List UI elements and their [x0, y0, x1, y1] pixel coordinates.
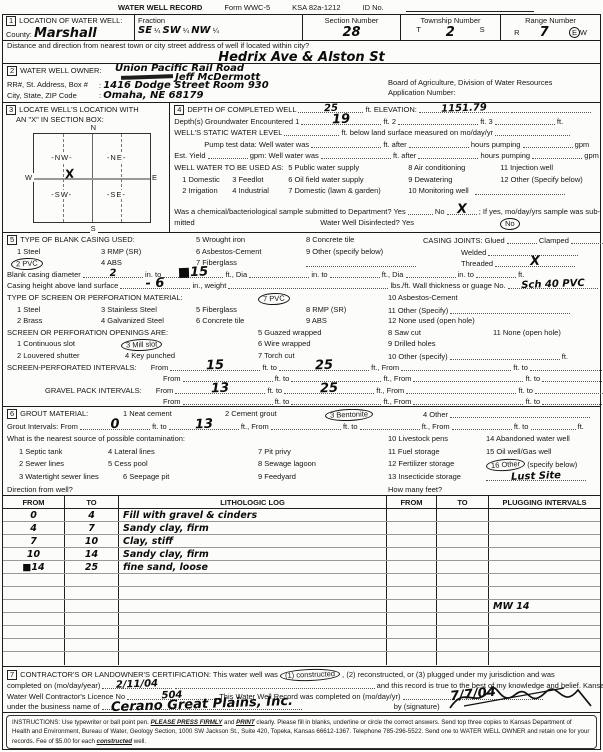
casing-joints-label: CASING JOINTS: Glued	[423, 236, 505, 245]
county-label: County:	[6, 30, 32, 39]
blank-line	[542, 396, 603, 405]
instructions-text-1: INSTRUCTIONS: Use typewriter or ball poi…	[12, 719, 151, 726]
plug-from	[387, 600, 437, 612]
use-domestic-lawn: 7 Domestic (lawn & garden)	[288, 186, 381, 195]
plug-from	[387, 652, 437, 665]
section6-grout: 6GROUT MATERIAL: 1 Neat cement 2 Cement …	[3, 407, 600, 496]
section5-number: 5	[7, 235, 17, 245]
ft-from-label: ft., From	[383, 374, 411, 383]
ksa-statute: KSA 82a-1212	[292, 3, 340, 12]
col-to-2: TO	[437, 496, 489, 508]
contam-seepage-pit: 6 Seepage pit	[123, 472, 169, 481]
blank-casing-dia-label: Blank casing diameter	[7, 270, 81, 279]
log-from: 10	[3, 548, 65, 560]
instructions-text-2: and	[222, 719, 236, 726]
blank-line	[535, 385, 603, 394]
depth-completed-label: DEPTH OF COMPLETED WELL	[187, 105, 296, 114]
swl-blank	[284, 127, 339, 136]
gpi-to-blank: 25	[284, 385, 374, 394]
log-desc: Fill with gravel & cinders	[119, 509, 387, 521]
mitted-label: mitted	[174, 218, 194, 227]
elevation-value: 1151.79	[441, 103, 487, 115]
plug-desc	[489, 613, 600, 625]
spi-from-value: 15	[206, 358, 225, 372]
plug-to	[437, 600, 489, 612]
use-monitoring-well: 10 Monitoring well	[408, 186, 468, 195]
township-cell: Township Number T 2 S	[401, 15, 501, 40]
form-title: WATER WELL RECORD	[118, 3, 202, 12]
opening-wire-wrapped: 6 Wire wrapped	[258, 339, 311, 348]
section7-certification: 7CONTRACTOR'S OR LANDOWNER'S CERTIFICATI…	[3, 667, 600, 713]
board-of-agriculture-label: Board of Agriculture, Division of Water …	[388, 78, 552, 87]
grout-intervals-label: Grout Intervals:	[7, 422, 58, 431]
blank-line	[406, 269, 456, 278]
by-signature-label: by (signature)	[394, 702, 440, 711]
from-label: From	[151, 363, 169, 372]
blank-line	[476, 269, 516, 278]
screen-material-title: TYPE OF SCREEN OR PERFORATION MATERIAL:	[7, 293, 183, 302]
log-to	[65, 626, 119, 638]
contamination-label: What is the nearest source of possible c…	[7, 434, 185, 443]
plug-desc	[489, 561, 600, 573]
casing-rmp: 3 RMP (SR)	[101, 247, 141, 256]
plug-to	[437, 574, 489, 586]
ne-quadrant-label: -NE-	[106, 153, 127, 162]
fraction1-value: SE	[138, 25, 152, 36]
plug-to	[437, 587, 489, 599]
log-from	[3, 613, 65, 625]
section2-owner: 2WATER WELL OWNER: Union Pacific Rail Ro…	[3, 64, 600, 103]
screen-asbestos: 10 Asbestos-Cement	[388, 293, 458, 302]
contam-oil-gas-well: 15 Oil well/Gas well	[486, 447, 551, 456]
opening-other-blank	[450, 351, 560, 360]
sample-no-blank: X	[447, 206, 477, 215]
contam-cess-pool: 5 Cess pool	[108, 459, 148, 468]
gauge-blank: Sch 40 PVC	[508, 280, 598, 289]
log-from: 0	[3, 509, 65, 521]
opening-continuous-slot: 1 Continuous slot	[17, 339, 75, 348]
ft-label: ft.	[562, 352, 568, 361]
casing-title: TYPE OF BLANK CASING USED:	[20, 235, 135, 244]
log-from: 4	[3, 522, 65, 534]
blank-line	[330, 269, 380, 278]
use-other: 12 Other (Specify below)	[500, 175, 583, 184]
groundwater-label: Depth(s) Groundwater Encountered	[174, 117, 293, 126]
blank-line	[321, 150, 391, 159]
clamped-blank	[571, 235, 603, 244]
casing-asbestos: 6 Asbestos-Cement	[196, 247, 261, 256]
blank-line	[530, 362, 603, 371]
business-name-blank: Cerano Great Plains, Inc.	[102, 701, 302, 710]
r-label: R	[514, 28, 519, 37]
casing-height-label: Casing height above land surface	[7, 281, 118, 290]
use-industrial: 4 Industrial	[232, 186, 269, 195]
grout-to-value: 13	[194, 417, 213, 431]
spi-to-value: 25	[315, 358, 334, 372]
gpi-from-value: 13	[211, 381, 230, 395]
hours-pumping-label: hours pumping	[471, 140, 521, 149]
hours-pumping-label: hours pumping	[480, 151, 530, 160]
swl-label-2: ft. below land surface measured on mo/da…	[341, 128, 493, 137]
weight-label: in., weight	[193, 281, 227, 290]
plug-to	[437, 548, 489, 560]
log-row	[3, 626, 600, 639]
plug-desc	[489, 587, 600, 599]
id-no-label: ID No.	[363, 3, 384, 12]
use-public-supply: 5 Public water supply	[288, 163, 359, 172]
height-blank: - 6	[120, 280, 190, 289]
log-row: 1014Sandy clay, firm	[3, 548, 600, 561]
ft-dia-label: ft., Dia	[225, 270, 247, 279]
instructions-box: INSTRUCTIONS: Use typewriter or ball poi…	[6, 715, 597, 749]
blank-line	[413, 396, 523, 405]
direction-from-well-label: Direction from well?	[7, 485, 73, 494]
south-label: S	[90, 224, 98, 233]
casing-steel: 1 Steel	[17, 247, 40, 256]
ft-from-label: ft., From	[376, 386, 404, 395]
plug-to	[437, 613, 489, 625]
use-dewatering: 9 Dewatering	[408, 175, 452, 184]
east-label: E	[151, 173, 159, 182]
press-firmly-emphasis: PLEASE PRESS FIRMLY	[151, 719, 223, 726]
ft-from-label: ft., From	[241, 422, 269, 431]
owner-label: WATER WELL OWNER:	[20, 66, 101, 75]
lithologic-log-table: FROM TO LITHOLOGIC LOG FROM TO PLUGGING …	[3, 496, 600, 667]
elevation-blank: 1151.79	[419, 104, 509, 113]
gpi-from-blank: 13	[175, 385, 265, 394]
grout-cement-grout: 2 Cement grout	[225, 409, 277, 418]
log-desc	[119, 587, 387, 599]
log-desc: Sandy clay, firm	[119, 548, 387, 560]
plug-from	[387, 509, 437, 521]
screen-other-blank	[450, 305, 570, 314]
log-to	[65, 587, 119, 599]
wall-thickness-label: lbs./ft. Wall thickness or guage No.	[390, 281, 505, 290]
contam-other-suffix: (specify below)	[527, 460, 577, 469]
log-row: 710Clay, stiff	[3, 535, 600, 548]
plug-desc	[489, 535, 600, 547]
use-irrigation: 2 Irrigation	[182, 186, 217, 195]
threaded-label: Threaded	[461, 259, 493, 268]
water-well-record-form: WATER WELL RECORD Form WWC-5 KSA 82a-121…	[0, 0, 603, 752]
log-desc: fine sand, loose	[119, 561, 387, 573]
plug-desc	[489, 652, 600, 665]
plug-from	[387, 561, 437, 573]
opening-key-punched: 4 Key punched	[125, 351, 175, 360]
section-number-cell: Section Number 28	[303, 15, 401, 40]
ft-to-label: ft. to	[152, 422, 167, 431]
gw3-label: ft. 3	[480, 117, 493, 126]
address-label: RR#, St. Address, Box #	[7, 80, 88, 89]
completed-date-blank: 2/11/04	[102, 680, 172, 689]
sample-yes-blank	[408, 206, 433, 215]
well-water-was-label: Well water was	[259, 140, 309, 149]
blank-line	[249, 269, 309, 278]
plug-desc	[489, 548, 600, 560]
blank-line	[532, 150, 582, 159]
ft-to-label: ft. to	[518, 386, 533, 395]
plug-from	[387, 613, 437, 625]
glued-blank	[507, 235, 537, 244]
log-from	[3, 652, 65, 665]
blank-line	[542, 373, 603, 382]
grid-horizontal-center	[34, 178, 150, 180]
log-header-row: FROM TO LITHOLOGIC LOG FROM TO PLUGGING …	[3, 496, 600, 509]
gw1-label: 1	[295, 117, 299, 126]
casing-abs: 4 ABS	[101, 258, 122, 267]
blank-line	[175, 680, 375, 689]
use-air-conditioning: 8 Air conditioning	[408, 163, 465, 172]
plug-desc	[489, 574, 600, 586]
west-label: W	[24, 173, 34, 182]
plug-desc	[489, 522, 600, 534]
city-state-zip-label: City, State, ZIP Code	[7, 91, 77, 100]
contam-sewage-lagoon: 8 Sewage lagoon	[258, 459, 316, 468]
gpi-to-value: 25	[320, 381, 339, 395]
s-label: S	[480, 25, 485, 40]
screen-stainless: 3 Stainless Steel	[101, 305, 157, 314]
log-to: 10	[65, 535, 119, 547]
grid-vertical-quarter-left	[63, 134, 64, 222]
screen-fiberglass: 5 Fiberglass	[196, 305, 237, 314]
threaded-blank: X	[495, 258, 575, 267]
from-label: From	[60, 422, 78, 431]
opening-drilled-holes: 9 Drilled holes	[388, 339, 436, 348]
col-plugging-intervals: PLUGGING INTERVALS	[489, 496, 600, 508]
use-oil-field: 6 Oil field water supply	[288, 175, 363, 184]
section3-number: 3	[6, 105, 16, 115]
grout-other: 4 Other	[423, 410, 448, 419]
screen-galvanized: 4 Galvanized Steel	[101, 316, 164, 325]
sample-no-x: X	[456, 203, 466, 216]
county-value: Marshall	[34, 26, 97, 41]
log-row	[3, 652, 600, 665]
gw1-blank: 19	[301, 116, 381, 125]
plug-to	[437, 522, 489, 534]
pump-test-label: Pump test data:	[204, 140, 257, 149]
section2-number: 2	[7, 66, 17, 76]
log-desc	[119, 639, 387, 651]
id-no-blank	[406, 3, 534, 12]
ft-to-label: ft. to	[275, 397, 290, 406]
contam-watertight-sewer: 3 Watertight sewer lines	[19, 472, 99, 481]
ft-label: ft.	[578, 422, 584, 431]
colon: :	[99, 81, 101, 90]
log-from	[3, 626, 65, 638]
section3-location-box: 3LOCATE WELL'S LOCATION WITH AN "X" IN S…	[3, 103, 170, 232]
from-label: From	[163, 374, 181, 383]
log-desc: Clay, stiff	[119, 535, 387, 547]
ft-to-label: ft. to	[526, 374, 541, 383]
no-label: No	[435, 207, 445, 216]
log-row	[3, 613, 600, 626]
township-label: Township Number	[404, 16, 497, 25]
log-desc	[119, 626, 387, 638]
plug-to	[437, 535, 489, 547]
log-from	[3, 574, 65, 586]
col-from-2: FROM	[387, 496, 437, 508]
screen-concrete: 6 Concrete tile	[196, 316, 244, 325]
section3-title-1: LOCATE WELL'S LOCATION WITH	[19, 105, 139, 114]
log-to: 4	[65, 509, 119, 521]
weight-blank	[228, 280, 388, 289]
welded-label: Welded	[461, 248, 486, 257]
contam-lateral: 4 Lateral lines	[108, 447, 155, 456]
signature-scribble	[444, 682, 594, 712]
plug-from	[387, 587, 437, 599]
contam-fuel: 11 Fuel storage	[388, 447, 440, 456]
log-to	[65, 639, 119, 651]
distance-direction-row: Distance and direction from nearest town…	[3, 41, 600, 64]
quarter-glyph: ¼	[183, 26, 189, 35]
contam-pit-privy: 7 Pit privy	[258, 447, 291, 456]
blank-line	[531, 421, 576, 430]
township-value: 2	[446, 25, 455, 40]
plug-desc	[489, 639, 600, 651]
log-from: ■14	[3, 561, 65, 573]
ft-to-label: ft. to	[267, 386, 282, 395]
static-water-level-label: WELL'S STATIC WATER LEVEL	[174, 128, 282, 137]
log-to	[65, 600, 119, 612]
gpm-label: gpm	[575, 140, 590, 149]
how-many-feet-label: How many feet?	[388, 485, 442, 494]
grout-title: GROUT MATERIAL:	[20, 409, 88, 418]
quarter-glyph: ¼	[154, 26, 160, 35]
threaded-x-mark: X	[530, 255, 540, 268]
completed-date-value: 2/11/04	[116, 679, 158, 690]
gauge-value: Sch 40 PVC	[521, 279, 585, 291]
ft-from-label: ft., From	[383, 397, 411, 406]
opening-other: 10 Other (specify)	[388, 352, 448, 361]
plug-from	[387, 639, 437, 651]
section1-title: LOCATION OF WATER WELL:	[19, 16, 122, 25]
use-feedlot: 3 Feedlot	[232, 175, 263, 184]
plug-from	[387, 574, 437, 586]
opening-saw-cut: 8 Saw cut	[388, 328, 421, 337]
form-frame: 1LOCATION OF WATER WELL: County: Marshal…	[2, 14, 601, 750]
quarter-glyph: ¼	[213, 26, 219, 35]
blank-line	[511, 104, 591, 113]
log-row: ■1425fine sand, loose	[3, 561, 600, 574]
section-box-grid: -NW- -NE- -SW- -SE- X N S W E	[33, 133, 151, 223]
completed-on-label: completed on (mo/day/year)	[7, 681, 100, 690]
screen-other: 11 Other (Specify)	[388, 306, 448, 315]
blank-line	[413, 373, 523, 382]
height-value: - 6	[146, 277, 165, 291]
ft-to-label: ft. to	[343, 422, 358, 431]
grout-from-value: 0	[110, 417, 119, 430]
plug-from	[387, 535, 437, 547]
col-lithologic-log: LITHOLOGIC LOG	[119, 496, 387, 508]
log-row: 04Fill with gravel & cinders	[3, 509, 600, 522]
section3-4-row: 3LOCATE WELL'S LOCATION WITH AN "X" IN S…	[3, 103, 600, 233]
est-yield-label: Est. Yield	[174, 151, 205, 160]
ft-to-label: ft. to	[514, 422, 529, 431]
print-emphasis: PRINT	[236, 719, 255, 726]
ft-to-label: ft. to	[275, 374, 290, 383]
blank-line	[401, 362, 511, 371]
application-number-label: Application Number:	[388, 88, 456, 97]
opening-none: 11 None (open hole)	[493, 328, 561, 337]
constructed-emphasis: constructed	[97, 738, 132, 745]
screen-none-used: 12 None used (open hole)	[388, 316, 475, 325]
section1-location: 1LOCATION OF WATER WELL: County: Marshal…	[3, 15, 600, 41]
ft-to-label: ft. to	[513, 363, 528, 372]
grout-other-blank	[450, 409, 590, 418]
section4-depth: 4DEPTH OF COMPLETED WELL 25 ft. ELEVATIO…	[170, 103, 600, 232]
clamped-label: Clamped	[539, 236, 569, 245]
gw3-blank	[495, 116, 555, 125]
city-state-zip-value: Omaha, NE 68179	[103, 90, 203, 101]
license-no-label: Water Well Contractor's Licence No	[7, 692, 125, 701]
screen-perforated-intervals-label: SCREEN-PERFORATED INTERVALS:	[7, 363, 137, 372]
swl-date-blank	[495, 127, 570, 136]
screen-rmp: 8 RMP (SR)	[306, 305, 346, 314]
blank-line	[183, 396, 273, 405]
log-row: MW 14	[3, 600, 600, 613]
section4-number: 4	[174, 105, 184, 115]
log-desc	[119, 613, 387, 625]
ft-after-label: ft. after	[383, 140, 406, 149]
form-number: Form WWC-5	[224, 3, 270, 12]
contam-fertilizer: 12 Fertilizer storage	[388, 459, 454, 468]
t-label: T	[416, 25, 421, 40]
plug-to	[437, 509, 489, 521]
blank-line	[311, 139, 381, 148]
plug-to	[437, 652, 489, 665]
dia-ft-blank: ■15	[163, 269, 223, 278]
disinfected-label: Water Well Disinfected? Yes	[320, 218, 414, 227]
in-to-label: in. to	[458, 270, 474, 279]
form-header: WATER WELL RECORD Form WWC-5 KSA 82a-121…	[0, 0, 603, 14]
fraction-label: Fraction	[138, 16, 165, 25]
section6-number: 6	[7, 409, 17, 419]
plug-desc	[489, 509, 600, 521]
log-to	[65, 652, 119, 665]
log-from	[3, 639, 65, 651]
log-from: 7	[3, 535, 65, 547]
blank-line	[271, 421, 341, 430]
monitoring-blank	[475, 186, 565, 195]
col-to-1: TO	[65, 496, 119, 508]
col-from-1: FROM	[3, 496, 65, 508]
log-desc	[119, 652, 387, 665]
plug-to	[437, 561, 489, 573]
gw2-label: ft. 2	[384, 117, 397, 126]
screen-brass: 2 Brass	[17, 316, 42, 325]
contam-septic: 1 Septic tank	[19, 447, 62, 456]
section5-casing: 5TYPE OF BLANK CASING USED: 5 Wrought ir…	[3, 233, 600, 407]
blank-line	[523, 139, 573, 148]
grout-to-blank: 13	[169, 421, 239, 430]
log-from	[3, 600, 65, 612]
screen-steel: 1 Steel	[17, 305, 40, 314]
casing-concrete-tile: 8 Concrete tile	[306, 235, 354, 244]
from-label: From	[163, 397, 181, 406]
yield-blank	[208, 150, 248, 159]
opening-louvered: 2 Louvered shutter	[17, 351, 80, 360]
grout-neat-cement: 1 Neat cement	[123, 409, 172, 418]
ft-after-label: ft. after	[393, 151, 416, 160]
range-east-circled: E	[569, 27, 580, 38]
contam-sewer: 2 Sewer lines	[19, 459, 64, 468]
blank-line	[291, 396, 381, 405]
casing-other: 9 Other (specify below)	[306, 247, 383, 256]
gw2-blank	[398, 116, 478, 125]
casing-other-blank	[306, 258, 416, 267]
county-cell: 1LOCATION OF WATER WELL: County: Marshal…	[3, 15, 135, 40]
blank-line	[360, 421, 420, 430]
